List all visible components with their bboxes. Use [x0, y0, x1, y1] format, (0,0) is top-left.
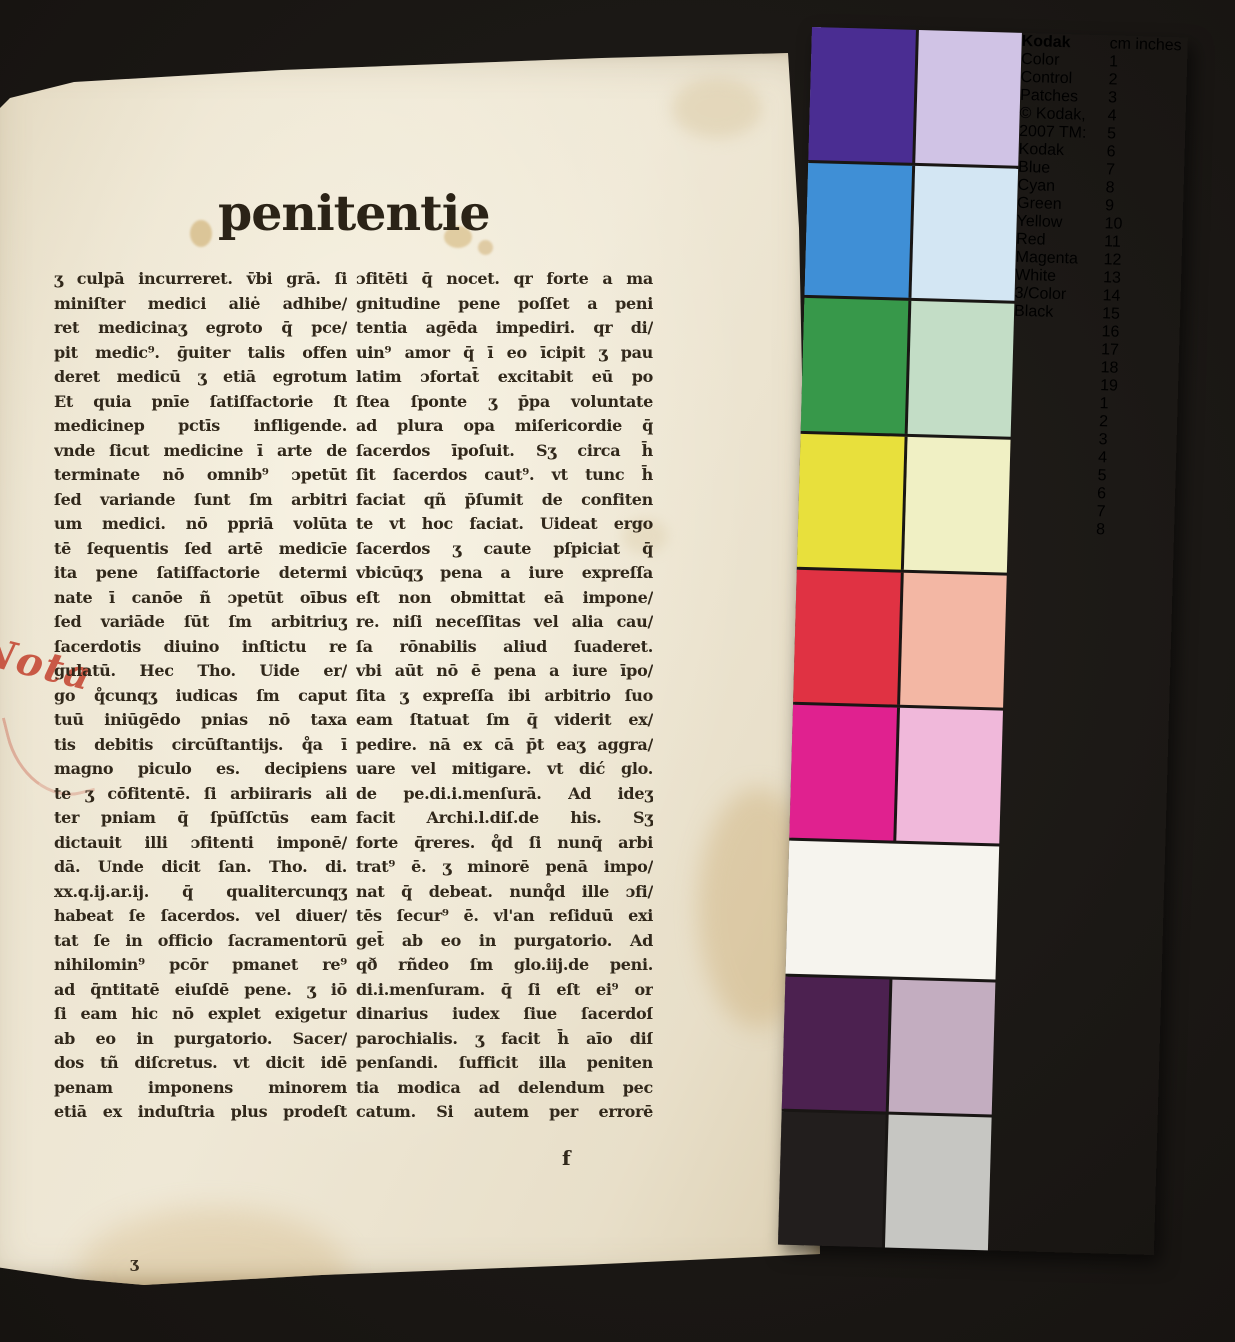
- photograph-scene: penitentie Nota ʒ culpā incurreret. v̄bi…: [0, 0, 1235, 1342]
- text-line: ſit ſacerdos caut⁹. vt tunc h̄: [356, 463, 653, 488]
- text-line: ɔfitēti q̄ nocet. qr forte a ma: [356, 267, 653, 292]
- text-column-left: ʒ culpā incurreret. v̄bi grā. ſiminiſter…: [54, 267, 347, 1139]
- inch-number: 7: [1096, 503, 1169, 523]
- text-line: nate ī canōe ñ ɔpetūt oībus: [54, 586, 347, 611]
- patch-row-red: [793, 569, 1007, 710]
- patch-label: Black: [1014, 303, 1102, 323]
- text-line: ſa rōnabilis aliud ſuaderet.: [356, 635, 653, 660]
- cm-number: 15: [1102, 305, 1175, 325]
- text-line: Et quia pnīe ſatiſfactorie ſt: [54, 390, 347, 415]
- text-line: go q̊cunqʒ iudicas ſm caput: [54, 684, 347, 709]
- cm-number: 7: [1106, 161, 1179, 181]
- text-line: dictauit illi ɔfitenti imponē/: [54, 831, 347, 856]
- text-line: pedire. nā ex cā p̄t eaʒ aggra/: [356, 733, 653, 758]
- inch-number: 2: [1099, 413, 1172, 433]
- cm-number: 14: [1102, 287, 1175, 307]
- cm-number: 12: [1103, 251, 1176, 271]
- text-line: ret medicinaʒ egroto q̄ pce/: [54, 316, 347, 341]
- text-line: gulatū. Hec Tho. Uide er/: [54, 659, 347, 684]
- text-line: re. niſi neceſſitas vel alia cau/: [356, 610, 653, 635]
- patch-row-yellow: [797, 434, 1011, 575]
- text-line: penſandi. ſufficit illa peniten: [356, 1051, 653, 1076]
- text-line: terminate nō omnib⁹ ɔpetūt: [54, 463, 347, 488]
- corner-ink-mark: ʒ: [130, 1254, 139, 1272]
- text-line: penam imponens minorem: [54, 1076, 347, 1101]
- patch-red-tint: [900, 572, 1007, 708]
- text-line: vbi aūt nō ē pena a iure īpo/: [356, 659, 653, 684]
- text-line: get̄ ab eo in purgatorio. Ad: [356, 929, 653, 954]
- patch-row-white: [785, 841, 999, 982]
- text-line: pit medic⁹. ḡuiter talis offen: [54, 341, 347, 366]
- parchment-stain: [478, 240, 493, 255]
- patch-row-green: [801, 298, 1015, 439]
- cm-number: 6: [1106, 143, 1179, 163]
- text-line: ter pniam q̄ ſpūſſctūs eam: [54, 806, 347, 831]
- manuscript-page: penitentie Nota ʒ culpā incurreret. v̄bi…: [0, 48, 822, 1288]
- text-line: qð rñdeo ſm glo.iij.de peni.: [356, 953, 653, 978]
- kodak-brand-text: Kodak Color Control Patches: [1020, 33, 1110, 107]
- text-line: tia modica ad delendum pec: [356, 1076, 653, 1101]
- text-column-right: ɔfitēti q̄ nocet. qr forte a magnitudine…: [356, 267, 653, 1139]
- copyright-text: © Kodak, 2007 TM: Kodak: [1018, 105, 1107, 161]
- patch-row-magenta: [789, 705, 1003, 846]
- cm-number: 9: [1105, 197, 1178, 217]
- text-line: ab eo in purgatorio. Sacer/: [54, 1027, 347, 1052]
- cm-number: 19: [1100, 377, 1173, 397]
- patch-3color: [782, 976, 892, 1112]
- patch-cyan-tint: [911, 166, 1018, 302]
- text-line: ſi eam hic nō explet exigetur: [54, 1002, 347, 1027]
- patch-yellow-tint: [903, 437, 1010, 573]
- cm-number: 5: [1107, 125, 1180, 145]
- cm-number: 3: [1108, 89, 1181, 109]
- text-line: forte q̄reres. q̊d ſi nunq̄ arbi: [356, 831, 653, 856]
- cm-scale-label: cm: [1109, 35, 1131, 53]
- cm-number: 4: [1107, 107, 1180, 127]
- patch-red: [793, 569, 903, 705]
- text-line: gnitudine pene poſſet a peni: [356, 292, 653, 317]
- cm-number: 16: [1101, 323, 1174, 343]
- inch-number: 8: [1096, 521, 1169, 541]
- kodak-color-target: Kodak Color Control Patches © Kodak, 200…: [778, 27, 1188, 1255]
- text-line: ſacerdos ʒ caute pſpiciat q̄: [356, 537, 653, 562]
- text-line: dos tñ diſcretus. vt dicit idē: [54, 1051, 347, 1076]
- text-line: tuū iniūgēdo pnias nō taxa: [54, 708, 347, 733]
- patch-green-tint: [907, 301, 1014, 437]
- patch-black: [778, 1112, 888, 1248]
- text-line: eam ſtatuat ſm q̄ viderit ex/: [356, 708, 653, 733]
- text-line: latim ɔfortat̄ excitabit eū po: [356, 365, 653, 390]
- text-line: medicinep pctīs infligende.: [54, 414, 347, 439]
- text-line: faciat qñ p̄ſumit de confiten: [356, 488, 653, 513]
- parchment-stain: [78, 1208, 348, 1338]
- patch-row-3color: [782, 976, 996, 1117]
- text-line: miniſter medici aliė adhibe/: [54, 292, 347, 317]
- patch-blue-tint: [915, 30, 1022, 166]
- text-line: um medici. nō ppriā volūta: [54, 512, 347, 537]
- text-line: facit Archi.l.diſ.de his. Sʒ: [356, 806, 653, 831]
- patch-yellow: [797, 434, 907, 570]
- cm-number: 1: [1109, 53, 1182, 73]
- signature-mark: f: [562, 1146, 571, 1170]
- text-line: ſed variande ſunt ſm arbitri: [54, 488, 347, 513]
- inch-number: 3: [1098, 431, 1171, 451]
- parchment-stain: [672, 78, 762, 138]
- text-line: nat q̄ debeat. nunq̊d ille ɔfi/: [356, 880, 653, 905]
- inch-number: 5: [1097, 467, 1170, 487]
- patch-blue: [808, 27, 918, 163]
- patch-row-cyan: [804, 163, 1018, 304]
- kodak-logo-text: Kodak: [1021, 33, 1070, 51]
- cm-number: 13: [1103, 269, 1176, 289]
- inch-number: 6: [1097, 485, 1170, 505]
- patch-magenta: [789, 705, 899, 841]
- text-line: tēs ſecur⁹ ē. vl'an reſiduū exi: [356, 904, 653, 929]
- text-line: tat ſe in officio ſacramentorū: [54, 929, 347, 954]
- cm-number: 2: [1108, 71, 1181, 91]
- text-line: trat⁹ ē. ʒ minorē penā impo/: [356, 855, 653, 880]
- text-line: magno piculo es. decipiens: [54, 757, 347, 782]
- text-line: uin⁹ amor q̄ ī eo īcipit ʒ pau: [356, 341, 653, 366]
- inch-number: 4: [1098, 449, 1171, 469]
- text-line: tentia agēda impediri. qr di/: [356, 316, 653, 341]
- text-line: ſita ʒ expreſſa ibi arbitrio ſuo: [356, 684, 653, 709]
- cm-number: 10: [1104, 215, 1177, 235]
- patch-green: [801, 298, 911, 434]
- text-line: parochialis. ʒ facit h̄ aīo diſ: [356, 1027, 653, 1052]
- text-line: ſtea ſponte ʒ p̄pa voluntate: [356, 390, 653, 415]
- cm-number: 8: [1105, 179, 1178, 199]
- text-line: ad plura opa miſericordie q̄: [356, 414, 653, 439]
- text-line: ſacerdotis diuino inſtictu re: [54, 635, 347, 660]
- inches-scale-label: inches: [1135, 36, 1182, 54]
- cm-number: 18: [1100, 359, 1173, 379]
- product-name-text: Color Control Patches: [1020, 51, 1078, 106]
- text-line: ſacerdos īpoſuit. Sʒ circa h̄: [356, 439, 653, 464]
- patch-3color-tint: [888, 979, 995, 1115]
- patch-row-blue: [808, 27, 1022, 168]
- text-line: vbicūqʒ pena a iure expreſſa: [356, 561, 653, 586]
- text-line: ʒ culpā incurreret. v̄bi grā. ſi: [54, 267, 347, 292]
- text-line: di.i.menſuram. q̄ ſi eſt ei⁹ or: [356, 978, 653, 1003]
- text-line: dā. Unde dicit ſan. Tho. di.: [54, 855, 347, 880]
- text-line: eſt non obmittat eā impone/: [356, 586, 653, 611]
- text-line: deret medicū ʒ etiā egrotum: [54, 365, 347, 390]
- text-line: xx.q.ij.ar.ij. q̄ qualitercunqʒ: [54, 880, 347, 905]
- text-line: uare vel mitigare. vt dić glo.: [356, 757, 653, 782]
- patch-black-tint: [884, 1115, 991, 1251]
- text-line: te ʒ cōfitentē. ſi arbiiraris ali: [54, 782, 347, 807]
- text-line: etiā ex induſtria plus prodeſt: [54, 1100, 347, 1125]
- text-line: te vt hoc faciat. Uideat ergo: [356, 512, 653, 537]
- text-line: dinarius iudex ſiue ſacerdoſ: [356, 1002, 653, 1027]
- parchment-stain: [190, 220, 212, 247]
- patch-white: [786, 841, 1000, 979]
- cm-number: 17: [1101, 341, 1174, 361]
- color-patches: [778, 27, 1022, 1250]
- text-line: ſed variāde ſūt ſm arbitriuʒ: [54, 610, 347, 635]
- text-line: tē ſequentis ſed artē medicīe: [54, 537, 347, 562]
- patch-row-black: [778, 1112, 992, 1250]
- text-line: habeat ſe ſacerdos. vel diuer/: [54, 904, 347, 929]
- cm-number: 11: [1104, 233, 1177, 253]
- text-line: nihilomin⁹ pcōr pmanet re⁹: [54, 953, 347, 978]
- text-line: ita pene ſatiſfactorie determi: [54, 561, 347, 586]
- text-line: catum. Si autem per errorē: [356, 1100, 653, 1125]
- inch-number: 1: [1099, 395, 1172, 415]
- text-line: ad q̄ntitatē eiuſdē pene. ʒ iō: [54, 978, 347, 1003]
- patch-cyan: [805, 163, 915, 299]
- page-title: penitentie: [218, 184, 490, 242]
- patch-magenta-tint: [896, 708, 1003, 844]
- text-line: tis debitis circūſtantijs. q̊a ī: [54, 733, 347, 758]
- text-line: de pe.di.i.menſurā. Ad ideʒ: [356, 782, 653, 807]
- text-line: vnde ſicut medicine ī arte de: [54, 439, 347, 464]
